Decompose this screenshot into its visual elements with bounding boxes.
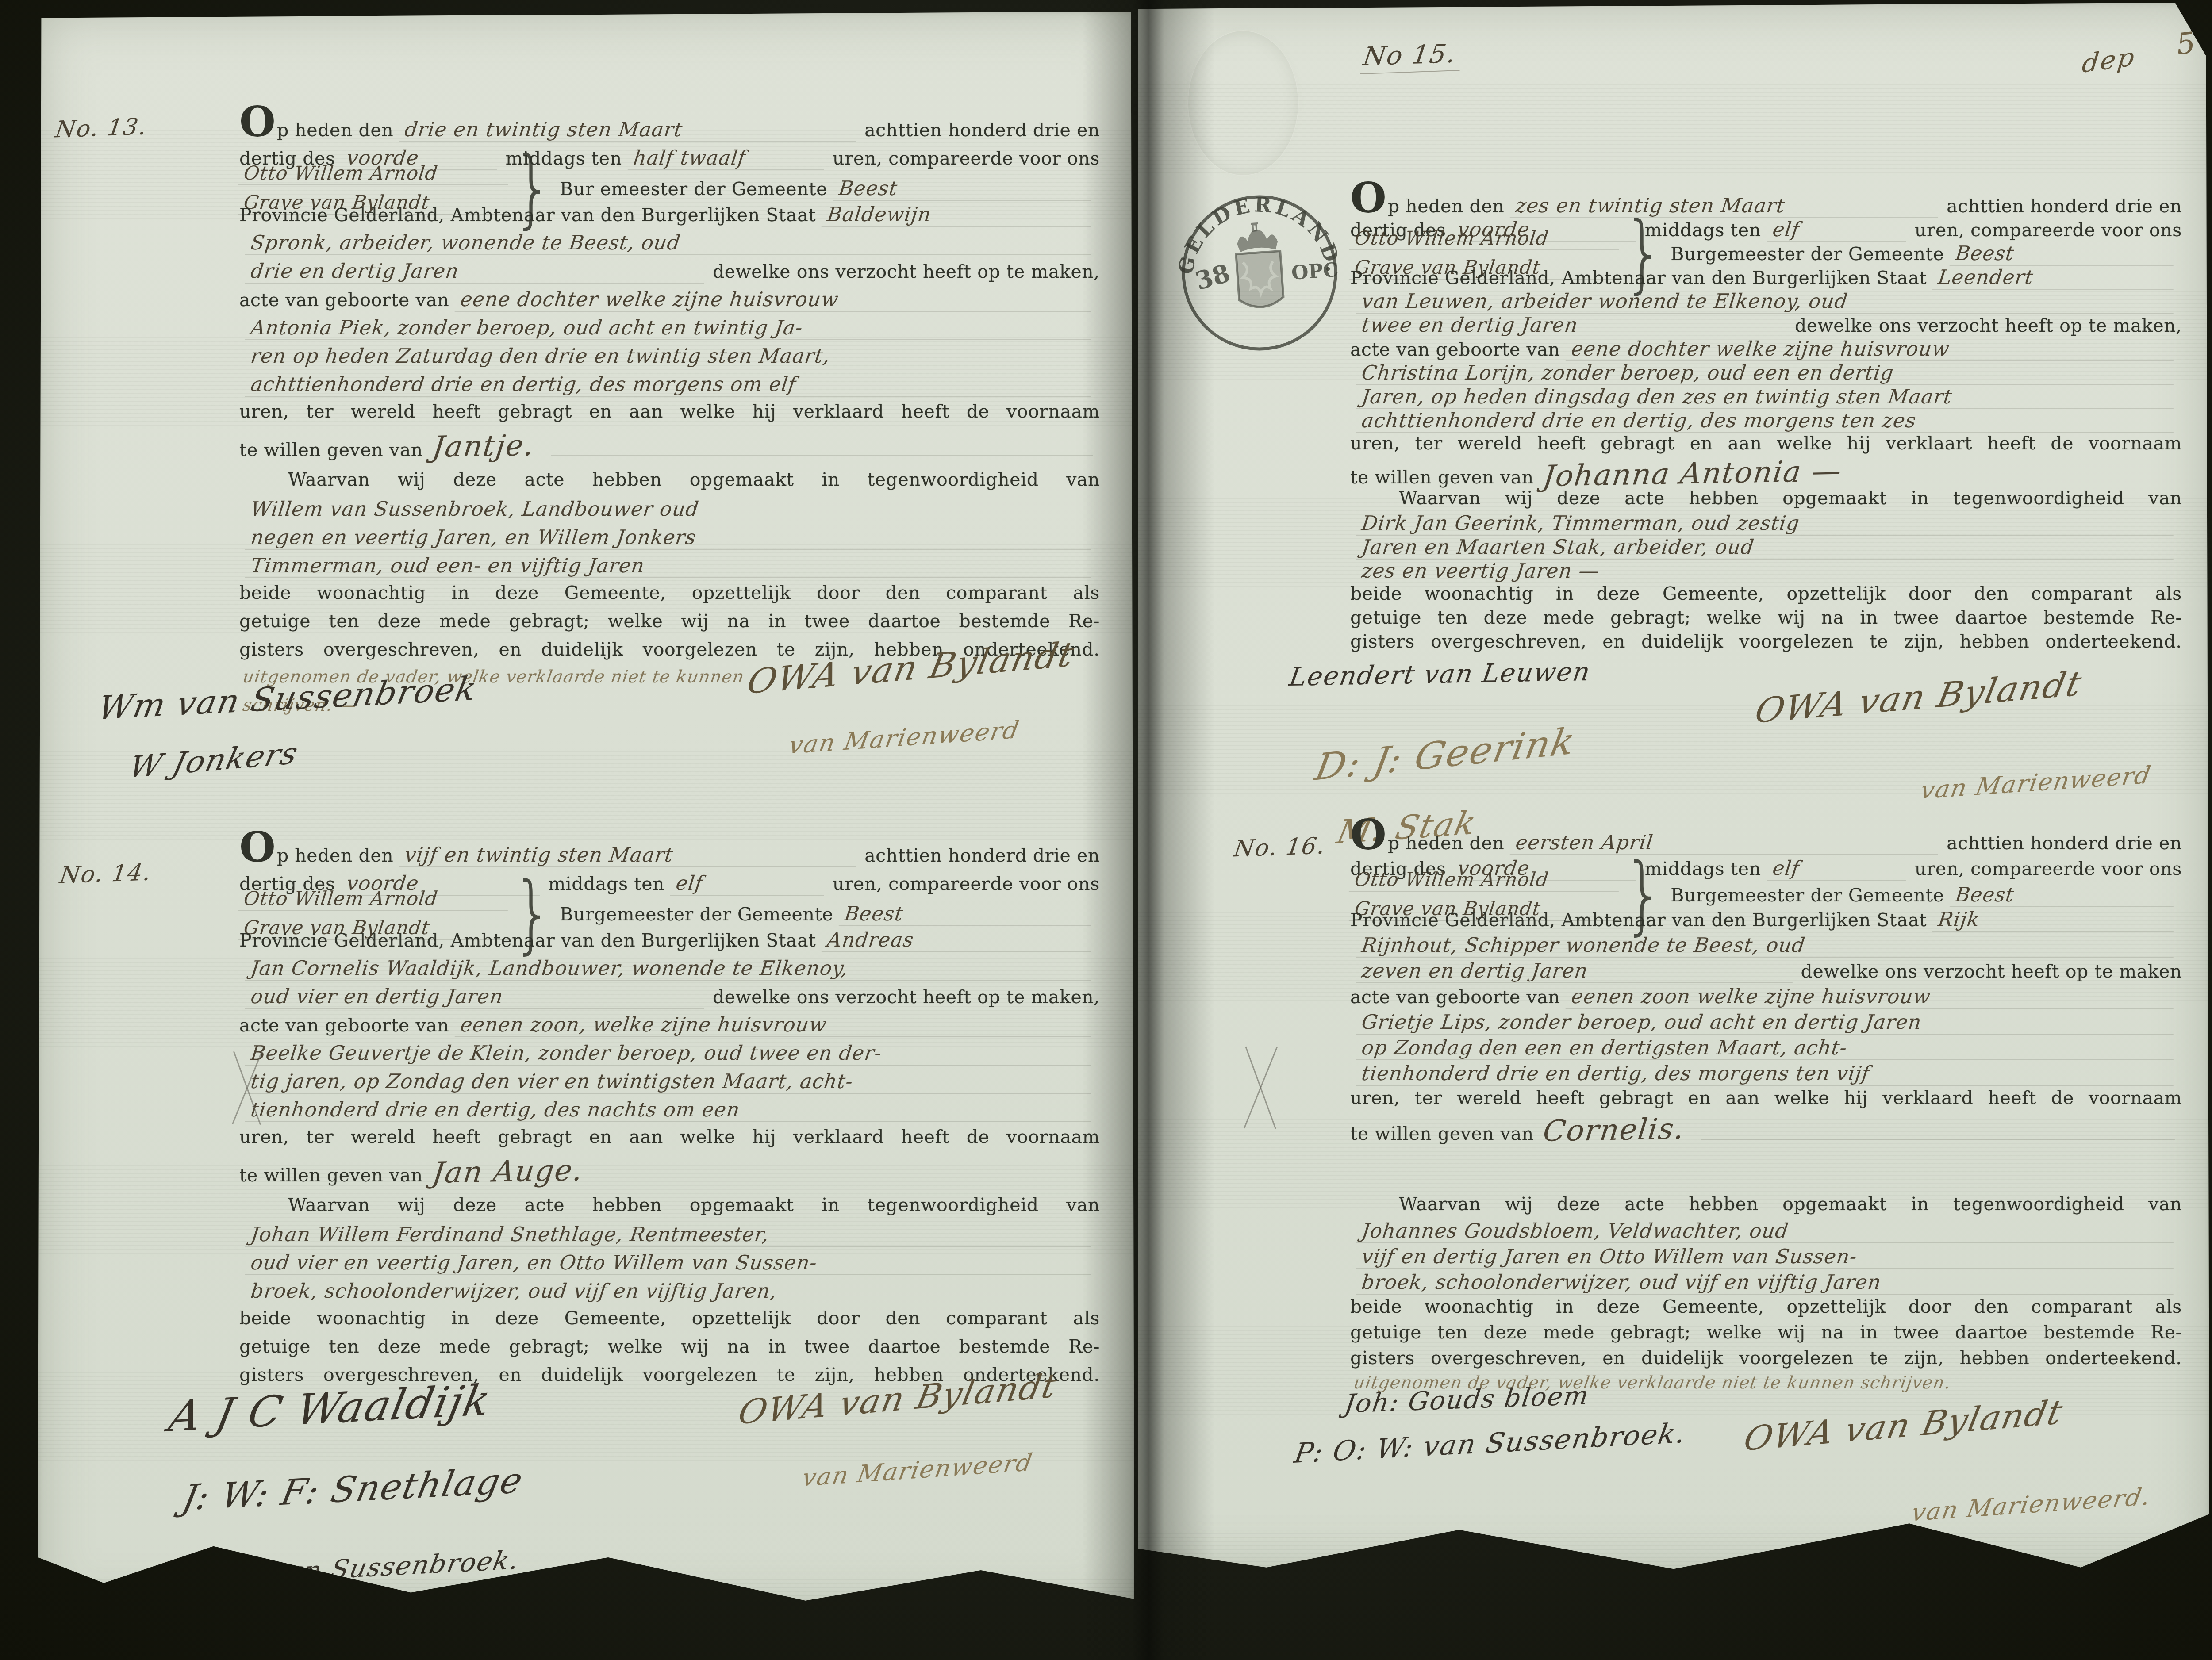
handwritten-text: oud vier en dertig Jaren [245, 985, 707, 1009]
handwritten-text: twee en dertig Jaren [1356, 313, 1790, 337]
printed-text: Burgemeester der Gemeente [1671, 243, 1944, 265]
signature-s2: J: W: F: Snethlage [179, 1460, 526, 1518]
handwritten-text: vijf en dertig Jaren en Otto Willem van … [1356, 1245, 2177, 1269]
record-line: gisters overgeschreven, en duidelijk voo… [1350, 631, 2182, 655]
printed-text: uren, ter wereld heeft gebragt en aan we… [239, 401, 1100, 422]
record-line: te willen geven vanJan Auge. [239, 1154, 1100, 1183]
gelderland-revenue-stamp-icon: GELDERLAND. 38 OPC [1167, 180, 1352, 365]
record-line: achttienhonderd drie en dertig, des morg… [239, 372, 1100, 401]
record-line: gisters overgeschreven, en duidelijk voo… [1350, 1347, 2182, 1373]
printed-text: middags ten [548, 873, 664, 894]
printed-text: uren, compareerde voor ons [1915, 858, 2182, 879]
handwritten-text: Otto Willem Arnold [238, 162, 511, 185]
printed-text: getuige ten deze mede gebragt; welke wij… [239, 610, 1100, 632]
record-line: uren, ter wereld heeft gebragt en aan we… [239, 401, 1100, 429]
record-line: Willem van Sussenbroek, Landbouwer oud [239, 497, 1100, 525]
record-line: beide woonachtig in deze Gemeente, opzet… [1350, 583, 2182, 607]
printed-text: achttien honderd drie en [864, 119, 1100, 141]
record-line: Provincie Gelderland, Ambtenaar van den … [1350, 908, 2182, 933]
record-line: tig jaren, op Zondag den vier en twintig… [239, 1070, 1100, 1098]
handwritten-text: Johan Willem Ferdinand Snethlage, Rentme… [245, 1223, 1094, 1247]
handwritten-text: tienhonderd drie en dertig, des morgens … [1356, 1062, 2177, 1086]
printed-text: te willen geven van [239, 1165, 423, 1186]
record-line: op Zondag den een en dertigsten Maart, a… [1350, 1036, 2182, 1062]
printed-text: uren, ter wereld heeft gebragt en aan we… [1350, 433, 2182, 454]
record-line: acte van geboorte vaneenen zoon, welke z… [239, 1013, 1100, 1041]
record-line: acte van geboorte vaneene dochter welke … [1350, 337, 2182, 361]
record-number-label: No. 13. [54, 113, 149, 143]
printed-text: getuige ten deze mede gebragt; welke wij… [239, 1336, 1100, 1357]
officiant-brace-group: Otto Willem ArnoldGrave van Bylandt}Burg… [239, 900, 1100, 928]
record-line: Provincie Gelderland, Ambtenaar van den … [239, 928, 1100, 956]
record-line: Op heden dendrie en twintig sten Maartac… [239, 118, 1100, 146]
record-line: Op heden denvijf en twintig sten Maartac… [239, 843, 1100, 871]
handwritten-text: elf [670, 871, 827, 896]
printed-text: beide woonachtig in deze Gemeente, opzet… [239, 1307, 1100, 1329]
printed-text: getuige ten deze mede gebragt; welke wij… [1350, 607, 2182, 628]
handwritten-text: Spronk, arbeider, wonende te Beest, oud [245, 231, 1094, 255]
record-line: te willen geven vanCornelis. [1350, 1113, 2182, 1139]
record-number-label: No 15. [1360, 38, 1464, 74]
svg-text:OPC: OPC [1290, 259, 1339, 284]
printed-dropcap: O [1350, 196, 1386, 200]
handwritten-text: eene dochter welke zijne huisvrouw [455, 288, 1094, 312]
birth-record-no-16: No. 16. Op heden deneersten Aprilachttie… [1350, 831, 2182, 1399]
record-line: Jaren en Maarten Stak, arbeider, oud [1350, 535, 2182, 559]
handwritten-text: ren op heden Zaturdag den drie en twinti… [245, 344, 1094, 368]
record-line: Provincie Gelderland, Ambtenaar van den … [239, 203, 1100, 231]
record-line: acte van geboorte vaneene dochter welke … [239, 288, 1100, 316]
printed-text: Waarvan wij deze acte hebben opgemaakt i… [1399, 487, 2182, 509]
handwritten-text: van Leuwen, arbeider wonend te Elkenoy, … [1356, 289, 2177, 314]
printed-text: acte van geboorte van [1350, 339, 1560, 360]
handwritten-text: oud vier en veertig Jaren, en Otto Wille… [245, 1251, 1094, 1275]
printed-text: Burgemeester der Gemeente [1671, 885, 1944, 906]
record-line: broek, schoolonderwijzer, oud vijf en vi… [239, 1279, 1100, 1307]
printed-text: Waarvan wij deze acte hebben opgemaakt i… [288, 1194, 1100, 1215]
record-line: beide woonachtig in deze Gemeente, opzet… [239, 1307, 1100, 1336]
handwritten-text: elf [1767, 856, 1909, 881]
printed-text: te willen geven van [239, 439, 423, 460]
printed-text: Waarvan wij deze acte hebben opgemaakt i… [1399, 1193, 2182, 1215]
printed-text: dewelke ons verzocht heeft op te maken [1801, 961, 2182, 982]
record-line: van Leuwen, arbeider wonend te Elkenoy, … [1350, 289, 2182, 313]
handwritten-text: drie en dertig Jaren [245, 259, 707, 284]
handwritten-text: zes en twintig sten Maart [1510, 194, 1941, 218]
record-body: Op heden denvijf en twintig sten Maartac… [239, 843, 1100, 1392]
officiant-brace-group: Otto Willem ArnoldGrave van Bylandt}Bur … [239, 174, 1100, 203]
printed-text: achttien honderd drie en [1947, 196, 2182, 217]
printed-dropcap: O [239, 846, 276, 850]
printed-text: Bur emeester der Gemeente [560, 178, 827, 199]
printed-dropcap: O [239, 120, 276, 124]
printed-text: achttien honderd drie en [864, 845, 1100, 866]
officiant-brace-group: Otto Willem ArnoldGrave van Bylandt}Burg… [1350, 882, 2182, 908]
handwritten-text [551, 455, 1093, 456]
handwritten-text: zeven en dertig Jaren [1356, 959, 1795, 983]
birth-record-no-15: No 15. Op heden denzes en twintig sten M… [1350, 194, 2182, 655]
birth-record-no-14: No. 14. Op heden denvijf en twintig sten… [239, 843, 1100, 1392]
handwritten-text: Jaren, op heden dingsdag den zes en twin… [1356, 385, 2177, 409]
handwritten-text: elf [1767, 218, 1909, 242]
printed-text: beide woonachtig in deze Gemeente, opzet… [1350, 583, 2182, 604]
record-line: twee en dertig Jarendewelke ons verzocht… [1350, 313, 2182, 337]
printed-text: dewelke ons verzocht heeft op te maken, [1795, 315, 2182, 336]
printed-text: p heden den [1388, 832, 1504, 854]
record-number-label: No. 16. [1232, 832, 1327, 862]
record-line: achttienhonderd drie en dertig, des morg… [1350, 409, 2182, 433]
handwritten-text: Beelke Geuvertje de Klein, zonder beroep… [245, 1041, 1094, 1066]
record-body: Op heden dendrie en twintig sten Maartac… [239, 118, 1100, 724]
handwritten-text: Otto Willem Arnold [1349, 227, 1621, 250]
handwritten-text: Otto Willem Arnold [238, 888, 511, 911]
printed-text: beide woonachtig in deze Gemeente, opzet… [239, 582, 1100, 603]
handwritten-text: Jan Cornelis Waaldijk, Landbouwer, wonen… [245, 956, 1094, 981]
printed-text: Burgemeester der Gemeente [560, 904, 833, 925]
record-line: Waarvan wij deze acte hebben opgemaakt i… [239, 1194, 1100, 1223]
handwritten-text: Otto Willem Arnold [1349, 869, 1621, 892]
handwritten-text: Beest [839, 902, 1094, 926]
record-line: Waarvan wij deze acte hebben opgemaakt i… [1350, 1193, 2182, 1219]
record-line: Jan Cornelis Waaldijk, Landbouwer, wonen… [239, 956, 1100, 985]
handwritten-text: Beest [1950, 883, 2176, 907]
printed-text: te willen geven van [1350, 467, 1534, 488]
corner-annotation: dep [2081, 42, 2137, 79]
handwritten-text: zes en veertig Jaren — [1356, 559, 2177, 583]
handwritten-text: Baldewijn [822, 203, 1094, 227]
record-line: getuige ten deze mede gebragt; welke wij… [239, 610, 1100, 639]
record-line: drie en dertig Jarendewelke ons verzocht… [239, 259, 1100, 288]
handwritten-text [1701, 1139, 2175, 1140]
handwritten-text: Leendert [1932, 265, 2176, 290]
printed-text: Provincie Gelderland, Ambtenaar van den … [239, 930, 816, 951]
handwritten-text: Rijnhout, Schipper wonende te Beest, oud [1356, 933, 2177, 958]
handwritten-text: Andreas [822, 928, 1094, 952]
handwritten-text: half twaalf [627, 146, 827, 170]
record-line: ren op heden Zaturdag den drie en twinti… [239, 344, 1100, 372]
handwritten-text: Christina Lorijn, zonder beroep, oud een… [1356, 361, 2177, 385]
record-line: uren, ter wereld heeft gebragt en aan we… [1350, 1087, 2182, 1113]
handwritten-text: Dirk Jan Geerink, Timmerman, oud zestig [1356, 511, 2177, 536]
printed-text: acte van geboorte van [1350, 986, 1560, 1008]
printed-text: beide woonachtig in deze Gemeente, opzet… [1350, 1296, 2182, 1317]
handwritten-text: achttienhonderd drie en dertig, des morg… [245, 372, 1094, 397]
record-line: Op heden deneersten Aprilachttien honder… [1350, 831, 2182, 856]
child-name: Cornelis. [1541, 1112, 1687, 1148]
printed-text: p heden den [277, 119, 393, 141]
printed-text: uren, ter wereld heeft gebragt en aan we… [1350, 1087, 2182, 1108]
officiant-brace-group: Otto Willem ArnoldGrave van Bylandt}Burg… [1350, 242, 2182, 265]
handwritten-text [599, 1181, 1093, 1181]
printed-text: Waarvan wij deze acte hebben opgemaakt i… [288, 469, 1100, 490]
record-line: negen en veertig Jaren, en Willem Jonker… [239, 525, 1100, 554]
handwritten-text: op Zondag den een en dertigsten Maart, a… [1356, 1036, 2177, 1060]
record-line: Grietje Lips, zonder beroep, oud acht en… [1350, 1010, 2182, 1036]
handwritten-text: Willem van Sussenbroek, Landbouwer oud [245, 497, 1094, 521]
handwritten-text: tienhonderd drie en dertig, des nachts o… [245, 1098, 1094, 1122]
record-line: te willen geven vanJohanna Antonia — [1350, 456, 2182, 480]
embossed-blind-seal [1187, 30, 1299, 176]
record-line: beide woonachtig in deze Gemeente, opzet… [1350, 1296, 2182, 1322]
record-line: Antonia Piek, zonder beroep, oud acht en… [239, 316, 1100, 344]
record-line: beide woonachtig in deze Gemeente, opzet… [239, 582, 1100, 610]
signature-s4: OWA van Bylandt [1751, 664, 2085, 732]
handwritten-text: broek, schoolonderwijzer, oud vijf en vi… [245, 1279, 1094, 1303]
handwritten-text: eene dochter welke zijne huisvrouw [1566, 337, 2176, 361]
signature-s4: van Marienweerd. [1909, 1483, 2153, 1527]
printed-text: achttien honderd drie en [1947, 832, 2182, 854]
handwritten-text: Rijk [1932, 908, 2176, 932]
record-line: getuige ten deze mede gebragt; welke wij… [1350, 607, 2182, 631]
handwritten-text: Timmerman, oud een- en vijftig Jaren [245, 554, 1094, 578]
record-line: tienhonderd drie en dertig, des nachts o… [239, 1098, 1100, 1126]
signature-s1: A J C Waaldijk [165, 1375, 495, 1441]
record-line: oud vier en dertig Jarendewelke ons verz… [239, 985, 1100, 1013]
record-line: broek, schoolonderwijzer, oud vijf en vi… [1350, 1270, 2182, 1296]
signature-s5: van Marienweerd [800, 1448, 1035, 1492]
handwritten-text: Antonia Piek, zonder beroep, oud acht en… [245, 316, 1094, 340]
handwritten-text [1858, 483, 2175, 483]
handwritten-text: eenen zoon welke zijne huisvrouw [1566, 985, 2176, 1009]
printed-text: acte van geboorte van [239, 289, 449, 311]
record-line: Johan Willem Ferdinand Snethlage, Rentme… [239, 1223, 1100, 1251]
printed-text: uren, compareerde voor ons [1915, 219, 2182, 241]
record-line: Waarvan wij deze acte hebben opgemaakt i… [239, 469, 1100, 497]
handwritten-text: eenen zoon, welke zijne huisvrouw [455, 1013, 1094, 1037]
handwritten-text: achttienhonderd drie en dertig, des morg… [1356, 409, 2177, 433]
printed-dropcap: O [1350, 833, 1386, 837]
record-line: uren, ter wereld heeft gebragt en aan we… [1350, 433, 2182, 456]
printed-text: uren, ter wereld heeft gebragt en aan we… [239, 1126, 1100, 1147]
signature-s3: OWA van Bylandt [1741, 1392, 2066, 1459]
printed-text: uren, compareerde voor ons [833, 148, 1100, 169]
record-line: zes en veertig Jaren — [1350, 559, 2182, 583]
record-line: zeven en dertig Jarendewelke ons verzoch… [1350, 959, 2182, 985]
printed-text: p heden den [277, 845, 393, 866]
record-line: Christina Lorijn, zonder beroep, oud een… [1350, 361, 2182, 385]
register-page-right: GELDERLAND. 38 OPC dep 5 No 15. Op heden… [1138, 3, 2209, 1574]
signature-s5: van Marienweerd [1919, 761, 2154, 805]
child-name: Jan Auge. [430, 1153, 585, 1190]
record-line: oud vier en veertig Jaren, en Otto Wille… [239, 1251, 1100, 1279]
signature-s2: P: O: W: van Sussenbroek. [1292, 1417, 1689, 1469]
handwritten-text: drie en twintig sten Maart [399, 118, 859, 142]
record-line: Op heden denzes en twintig sten Maartach… [1350, 194, 2182, 218]
record-line: vijf en dertig Jaren en Otto Willem van … [1350, 1245, 2182, 1270]
record-line: Johannes Goudsbloem, Veldwachter, oud [1350, 1219, 2182, 1245]
handwritten-text: Jaren en Maarten Stak, arbeider, oud [1356, 535, 2177, 560]
printed-text: gisters overgeschreven, en duidelijk voo… [1350, 631, 2182, 652]
signature-s1: Leendert van Leuwen [1287, 656, 1593, 692]
printed-text: dewelke ons verzocht heeft op te maken, [713, 986, 1100, 1008]
record-line: Spronk, arbeider, wonende te Beest, oud [239, 231, 1100, 259]
handwritten-text: broek, schoolonderwijzer, oud vijf en vi… [1356, 1270, 2177, 1295]
record-body: Op heden denzes en twintig sten Maartach… [1350, 194, 2182, 655]
handwritten-text: Beest [833, 176, 1094, 201]
handwritten-text: Johannes Goudsbloem, Veldwachter, oud [1356, 1219, 2177, 1243]
handwritten-text: Grietje Lips, zonder beroep, oud acht en… [1356, 1010, 2177, 1035]
handwritten-text: eersten April [1510, 831, 1941, 855]
record-number-label: No. 14. [58, 859, 153, 889]
record-line: Timmerman, oud een- en vijftig Jaren [239, 554, 1100, 582]
birth-record-no-13: No. 13. Op heden dendrie en twintig sten… [239, 118, 1100, 724]
handwritten-text: tig jaren, op Zondag den vier en twintig… [245, 1070, 1094, 1094]
register-page-left: No. 13. Op heden dendrie en twintig sten… [38, 12, 1134, 1612]
printed-text: te willen geven van [1350, 1123, 1534, 1144]
printed-text: getuige ten deze mede gebragt; welke wij… [1350, 1322, 2182, 1343]
record-line: tienhonderd drie en dertig, des morgens … [1350, 1062, 2182, 1087]
printed-text: uren, compareerde voor ons [833, 873, 1100, 894]
handwritten-text: Beest [1950, 242, 2176, 266]
record-line: uren, ter wereld heeft gebragt en aan we… [239, 1126, 1100, 1154]
record-line: getuige ten deze mede gebragt; welke wij… [1350, 1322, 2182, 1347]
printed-text: Provincie Gelderland, Ambtenaar van den … [1350, 267, 1927, 288]
printed-text: Provincie Gelderland, Ambtenaar van den … [239, 204, 816, 226]
printed-text: p heden den [1388, 196, 1504, 217]
printed-text: acte van geboorte van [239, 1015, 449, 1036]
record-body: Op heden deneersten Aprilachttien honder… [1350, 831, 2182, 1399]
handwritten-text: negen en veertig Jaren, en Willem Jonker… [245, 525, 1094, 550]
record-line: Waarvan wij deze acte hebben opgemaakt i… [1350, 487, 2182, 511]
printed-text: Provincie Gelderland, Ambtenaar van den … [1350, 909, 1927, 931]
record-line: getuige ten deze mede gebragt; welke wij… [239, 1336, 1100, 1364]
printed-text: dewelke ons verzocht heeft op te maken, [713, 261, 1100, 282]
record-line: Dirk Jan Geerink, Timmerman, oud zestig [1350, 511, 2182, 535]
record-line: acte van geboorte vaneenen zoon welke zi… [1350, 985, 2182, 1010]
handwritten-text: vijf en twintig sten Maart [399, 843, 859, 867]
record-line: Beelke Geuvertje de Klein, zonder beroep… [239, 1041, 1100, 1070]
paragraph-gap [1350, 1139, 2182, 1193]
child-name: Jantje. [430, 428, 536, 464]
signature-s2: D: J: Geerink [1312, 719, 1579, 789]
record-line: te willen geven vanJantje. [239, 429, 1100, 457]
record-line: Provincie Gelderland, Ambtenaar van den … [1350, 265, 2182, 289]
record-line: Rijnhout, Schipper wonende te Beest, oud [1350, 933, 2182, 959]
printed-text: gisters overgeschreven, en duidelijk voo… [1350, 1347, 2182, 1369]
record-line: Jaren, op heden dingsdag den zes en twin… [1350, 385, 2182, 409]
signature-s2: W Jonkers [126, 736, 302, 785]
